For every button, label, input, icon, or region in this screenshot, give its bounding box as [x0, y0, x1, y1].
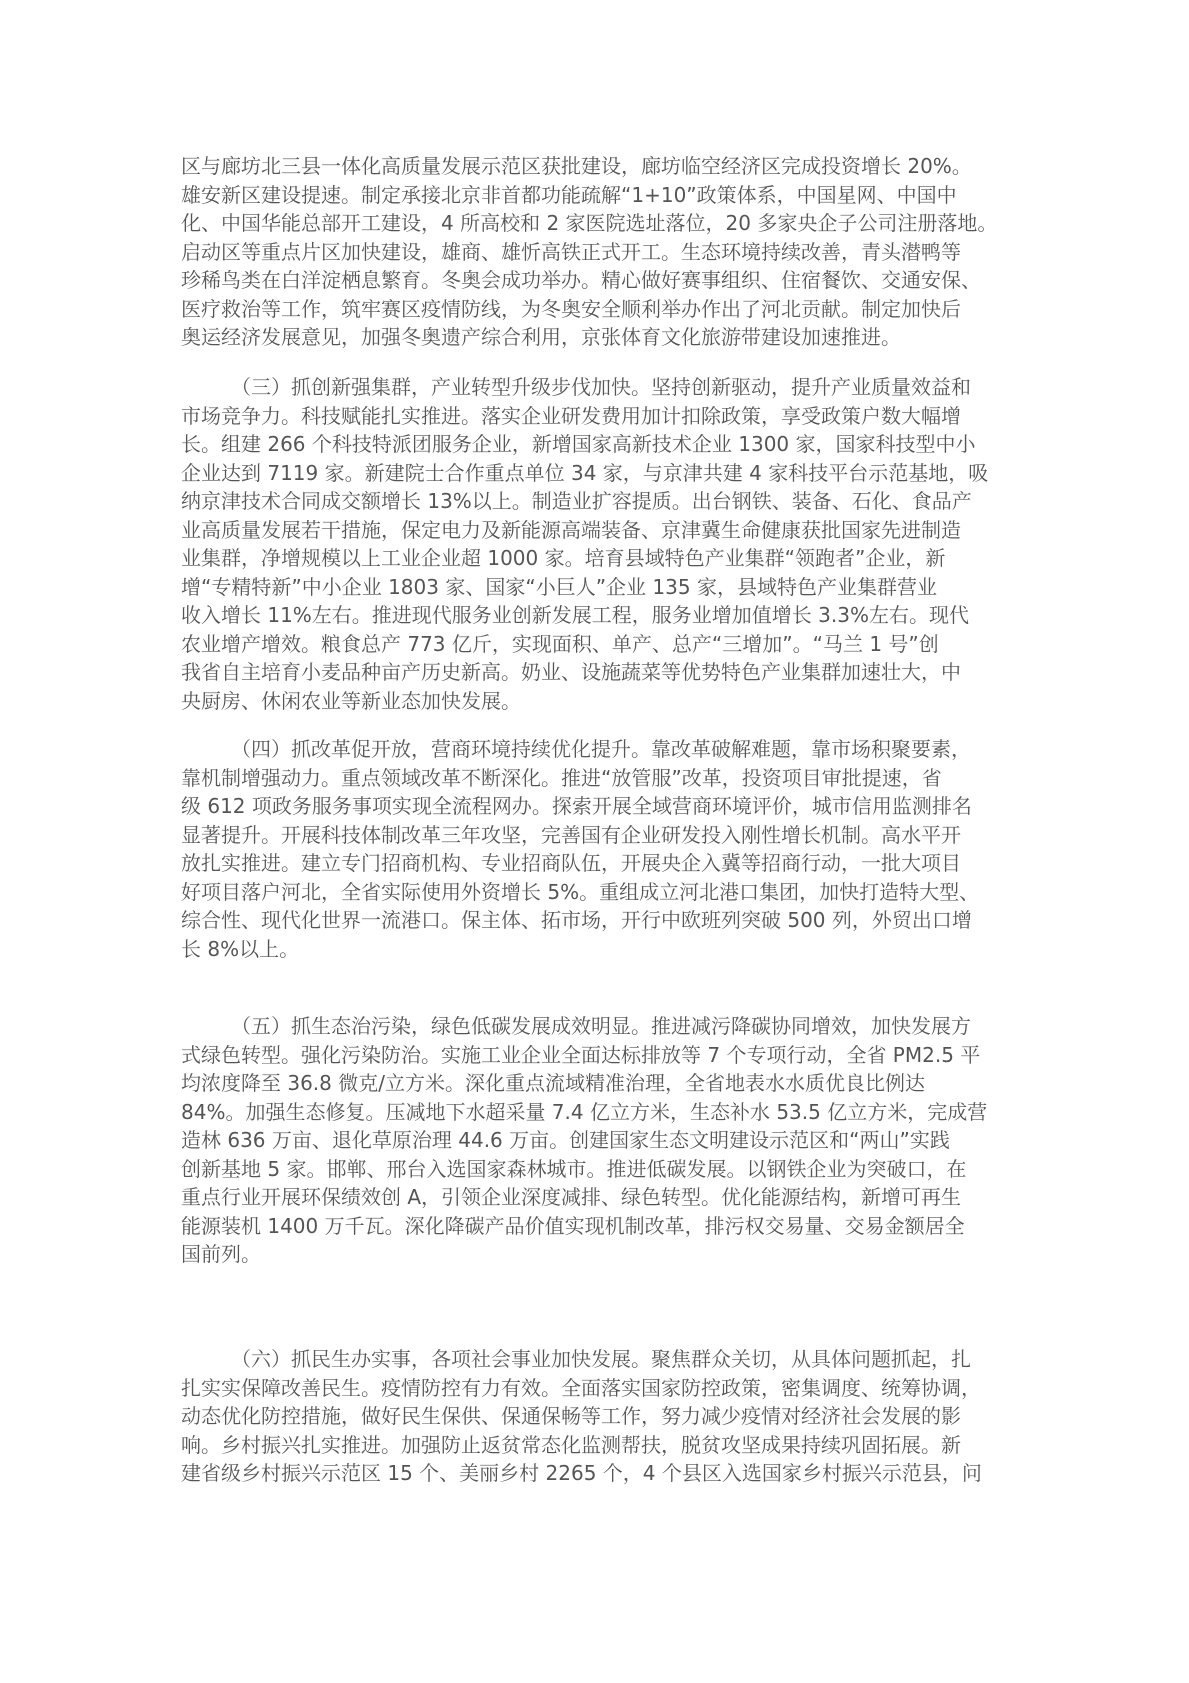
text-line: 我省自主培育小麦品种亩产历史新高。奶业、设施蔬菜等优势特色产业集群加速壮大，中 [181, 658, 1011, 687]
paragraph-section-3: （三）抓创新强集群，产业转型升级步伐加快。坚持创新驱动，提升产业质量效益和 市场… [181, 373, 1011, 715]
text-line: 扎实实保障改善民生。疫情防控有力有效。全面落实国家防控政策，密集调度、统筹协调， [181, 1374, 1011, 1403]
text-line: 长。组建 266 个科技特派团服务企业，新增国家高新技术企业 1300 家，国家… [181, 430, 1011, 459]
document-page: 区与廊坊北三县一体化高质量发展示范区获批建设，廊坊临空经济区完成投资增长 20%… [0, 0, 1189, 1683]
text-line: 建省级乡村振兴示范区 15 个、美丽乡村 2265 个，4 个县区入选国家乡村振… [181, 1459, 1011, 1488]
paragraph-section-5: （五）抓生态治污染，绿色低碳发展成效明显。推进减污降碳协同增效，加快发展方 式绿… [181, 1012, 1011, 1269]
text-line: 业集群，净增规模以上工业企业超 1000 家。培育县域特色产业集群“领跑者”企业… [181, 544, 1011, 573]
text-line: 化、中国华能总部开工建设，4 所高校和 2 家医院选址落位，20 多家央企子公司… [181, 209, 1011, 238]
text-line: 式绿色转型。强化污染防治。实施工业企业全面达标排放等 7 个专项行动，全省 PM… [181, 1041, 1011, 1070]
text-line: 显著提升。开展科技体制改革三年攻坚，完善国有企业研发投入刚性增长机制。高水平开 [181, 821, 1011, 850]
text-line: 启动区等重点片区加快建设，雄商、雄忻高铁正式开工。生态环境持续改善，青头潜鸭等 [181, 238, 1011, 267]
text-line: 雄安新区建设提速。制定承接北京非首都功能疏解“1+10”政策体系，中国星网、中国… [181, 181, 1011, 210]
text-line: 增“专精特新”中小企业 1803 家、国家“小巨人”企业 135 家，县域特色产… [181, 573, 1011, 602]
text-line: 市场竞争力。科技赋能扎实推进。落实企业研发费用加计扣除政策，享受政策户数大幅增 [181, 402, 1011, 431]
text-line: 综合性、现代化世界一流港口。保主体、拓市场，开行中欧班列突破 500 列，外贸出… [181, 906, 1011, 935]
text-line: 纳京津技术合同成交额增长 13%以上。制造业扩容提质。出台钢铁、装备、石化、食品… [181, 487, 1011, 516]
text-line: 响。乡村振兴扎实推进。加强防止返贫常态化监测帮扶，脱贫攻坚成果持续巩固拓展。新 [181, 1431, 1011, 1460]
text-line: 重点行业开展环保绩效创 A，引领企业深度减排、绿色转型。优化能源结构，新增可再生 [181, 1183, 1011, 1212]
text-line: 区与廊坊北三县一体化高质量发展示范区获批建设，廊坊临空经济区完成投资增长 20%… [181, 152, 1011, 181]
text-line: 放扎实推进。建立专门招商机构、专业招商队伍，开展央企入冀等招商行动，一批大项目 [181, 849, 1011, 878]
paragraph-section-6: （六）抓民生办实事，各项社会事业加快发展。聚焦群众关切，从具体问题抓起，扎 扎实… [181, 1345, 1011, 1488]
text-line: 动态优化防控措施，做好民生保供、保通保畅等工作，努力减少疫情对经济社会发展的影 [181, 1402, 1011, 1431]
text-line: 珍稀鸟类在白洋淀栖息繁育。冬奥会成功举办。精心做好赛事组织、住宿餐饮、交通安保、 [181, 266, 1011, 295]
text-line: 84%。加强生态修复。压减地下水超采量 7.4 亿立方米，生态补水 53.5 亿… [181, 1098, 1011, 1127]
text-line: 收入增长 11%左右。推进现代服务业创新发展工程，服务业增加值增长 3.3%左右… [181, 601, 1011, 630]
text-line: 靠机制增强动力。重点领域改革不断深化。推进“放管服”改革，投资项目审批提速，省 [181, 764, 1011, 793]
section-heading-line: （三）抓创新强集群，产业转型升级步伐加快。坚持创新驱动，提升产业质量效益和 [181, 373, 1011, 402]
text-line: 好项目落户河北，全省实际使用外资增长 5%。重组成立河北港口集团，加快打造特大型… [181, 878, 1011, 907]
text-line: 医疗救治等工作，筑牢赛区疫情防线，为冬奥安全顺利举办作出了河北贡献。制定加快后 [181, 295, 1011, 324]
paragraph-section-4: （四）抓改革促开放，营商环境持续优化提升。靠改革破解难题，靠市场积聚要素， 靠机… [181, 735, 1011, 963]
paragraph-continued: 区与廊坊北三县一体化高质量发展示范区获批建设，廊坊临空经济区完成投资增长 20%… [181, 152, 1011, 352]
text-line: 企业达到 7119 家。新建院士合作重点单位 34 家，与京津共建 4 家科技平… [181, 459, 1011, 488]
text-line: 奥运经济发展意见，加强冬奥遗产综合利用，京张体育文化旅游带建设加速推进。 [181, 323, 1011, 352]
text-line: 业高质量发展若干措施，保定电力及新能源高端装备、京津冀生命健康获批国家先进制造 [181, 516, 1011, 545]
section-heading-line: （六）抓民生办实事，各项社会事业加快发展。聚焦群众关切，从具体问题抓起，扎 [181, 1345, 1011, 1374]
section-heading-line: （五）抓生态治污染，绿色低碳发展成效明显。推进减污降碳协同增效，加快发展方 [181, 1012, 1011, 1041]
text-line: 级 612 项政务服务事项实现全流程网办。探索开展全域营商环境评价，城市信用监测… [181, 792, 1011, 821]
section-heading-line: （四）抓改革促开放，营商环境持续优化提升。靠改革破解难题，靠市场积聚要素， [181, 735, 1011, 764]
text-line: 农业增产增效。粮食总产 773 亿斤，实现面积、单产、总产“三增加”。“马兰 1… [181, 630, 1011, 659]
text-line: 央厨房、休闲农业等新业态加快发展。 [181, 687, 1011, 716]
text-line: 国前列。 [181, 1240, 1011, 1269]
text-line: 造林 636 万亩、退化草原治理 44.6 万亩。创建国家生态文明建设示范区和“… [181, 1126, 1011, 1155]
text-line: 能源装机 1400 万千瓦。深化降碳产品价值实现机制改革，排污权交易量、交易金额… [181, 1212, 1011, 1241]
text-line: 均浓度降至 36.8 微克/立方米。深化重点流域精准治理，全省地表水水质优良比例… [181, 1069, 1011, 1098]
text-line: 创新基地 5 家。邯郸、邢台入选国家森林城市。推进低碳发展。以钢铁企业为突破口，… [181, 1155, 1011, 1184]
text-line: 长 8%以上。 [181, 935, 1011, 964]
